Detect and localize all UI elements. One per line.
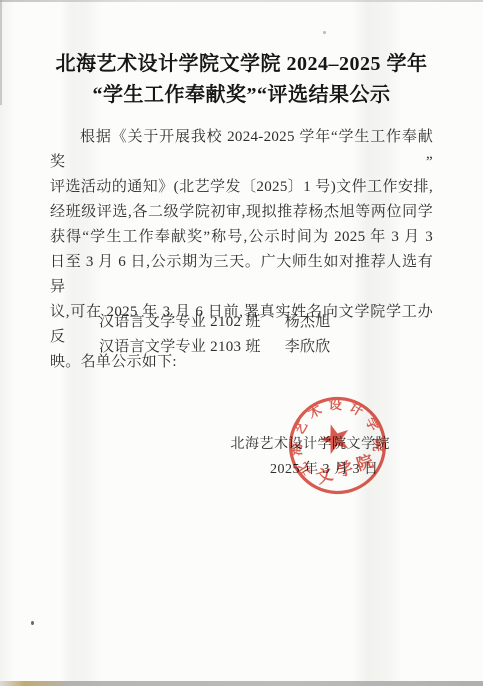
page-title: 北海艺术设计学院文学院 2024–2025 学年 “学生工作奉献奖”“评选结果公… — [0, 49, 483, 111]
scanned-document: 北海艺术设计学院文学院 2024–2025 学年 “学生工作奉献奖”“评选结果公… — [0, 0, 483, 686]
awardee-list: 汉语言文学专业 2102 班杨杰旭 汉语言文学专业 2103 班李欣欣 — [99, 310, 331, 360]
list-item: 汉语言文学专业 2103 班李欣欣 — [99, 335, 331, 360]
awardee-class: 汉语言文学专业 2102 班 — [99, 314, 261, 330]
awardee-name: 李欣欣 — [285, 339, 331, 355]
awardee-name: 杨杰旭 — [285, 314, 331, 330]
official-seal-icon: 北海艺术设计学院 文学院 — [287, 395, 388, 496]
scan-edge-left — [0, 0, 2, 105]
scan-edge-top — [0, 0, 483, 2]
seal-star-icon — [317, 420, 354, 456]
scan-edge-bottom — [0, 681, 483, 686]
body-line: 获得“学生工作奉献奖”称号,公示时间为 2025 年 3 月 3 — [50, 225, 433, 250]
body-line: 根据《关于开展我校 2024-2025 学年“学生工作奉献奖” — [50, 125, 433, 175]
list-item: 汉语言文学专业 2102 班杨杰旭 — [99, 310, 331, 335]
scan-speck — [323, 31, 326, 34]
body-line: 日至 3 月 6 日,公示期为三天。广大师生如对推荐人选有异 — [50, 250, 433, 300]
seal-bottom-text: 文学院 — [314, 450, 380, 488]
body-line: 经班级评选,各二级学院初审,现拟推荐杨杰旭等两位同学 — [50, 200, 433, 225]
scan-speck — [31, 621, 34, 625]
awardee-class: 汉语言文学专业 2103 班 — [99, 339, 261, 355]
body-line: 评选活动的通知》(北艺学发〔2025〕1 号)文件工作安排, — [50, 175, 433, 200]
title-line-1: 北海艺术设计学院文学院 2024–2025 学年 — [0, 49, 483, 80]
title-line-2: “学生工作奉献奖”“评选结果公示 — [0, 80, 483, 111]
